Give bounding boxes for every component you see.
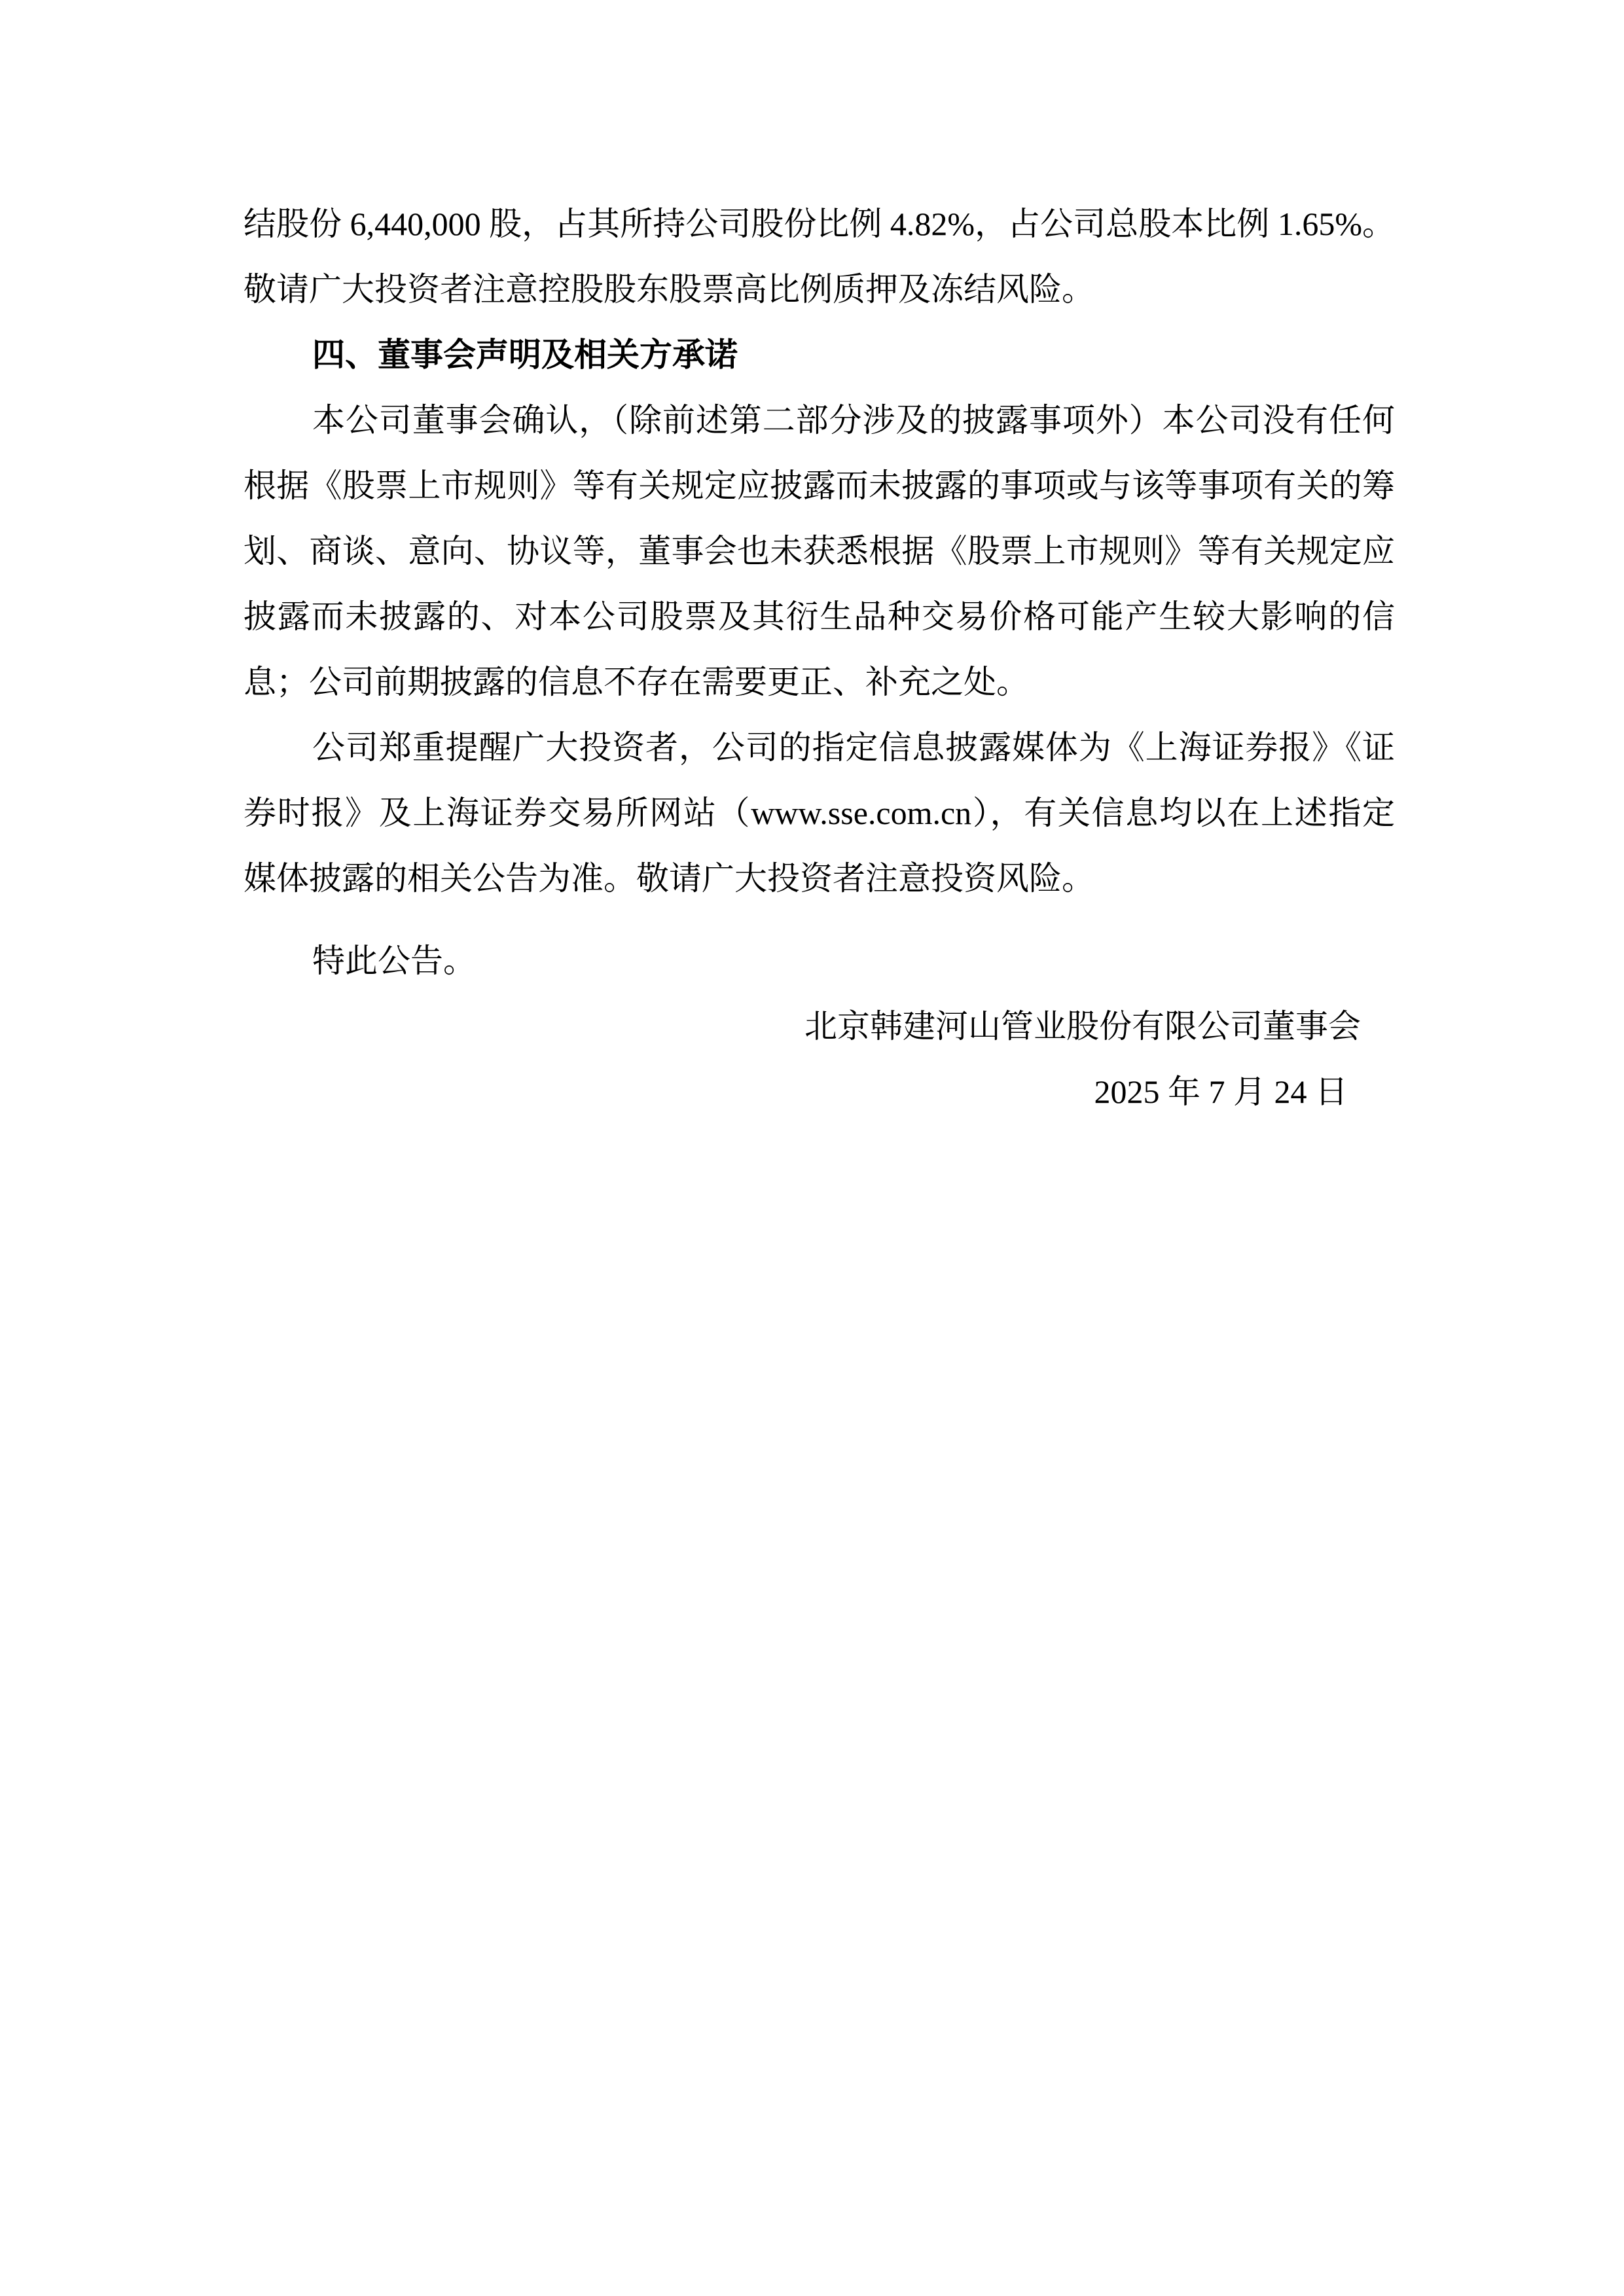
- announcement-page: 结股份 6,440,000 股，占其所持公司股份比例 4.82%，占公司总股本比…: [0, 0, 1624, 2296]
- paragraph-disclosure-media: 公司郑重提醒广大投资者，公司的指定信息披露媒体为《上海证券报》《证券时报》及上海…: [244, 715, 1395, 911]
- signature-date: 2025 年 7 月 24 日: [244, 1059, 1395, 1124]
- closing-announcement-line: 特此公告。: [244, 928, 1395, 994]
- signature-company-name: 北京韩建河山管业股份有限公司董事会: [244, 994, 1395, 1059]
- section-heading-board-statement: 四、董事会声明及相关方承诺: [244, 322, 1395, 387]
- paragraph-board-confirmation: 本公司董事会确认，（除前述第二部分涉及的披露事项外）本公司没有任何根据《股票上市…: [244, 387, 1395, 715]
- paragraph-pledge-continuation: 结股份 6,440,000 股，占其所持公司股份比例 4.82%，占公司总股本比…: [244, 191, 1395, 322]
